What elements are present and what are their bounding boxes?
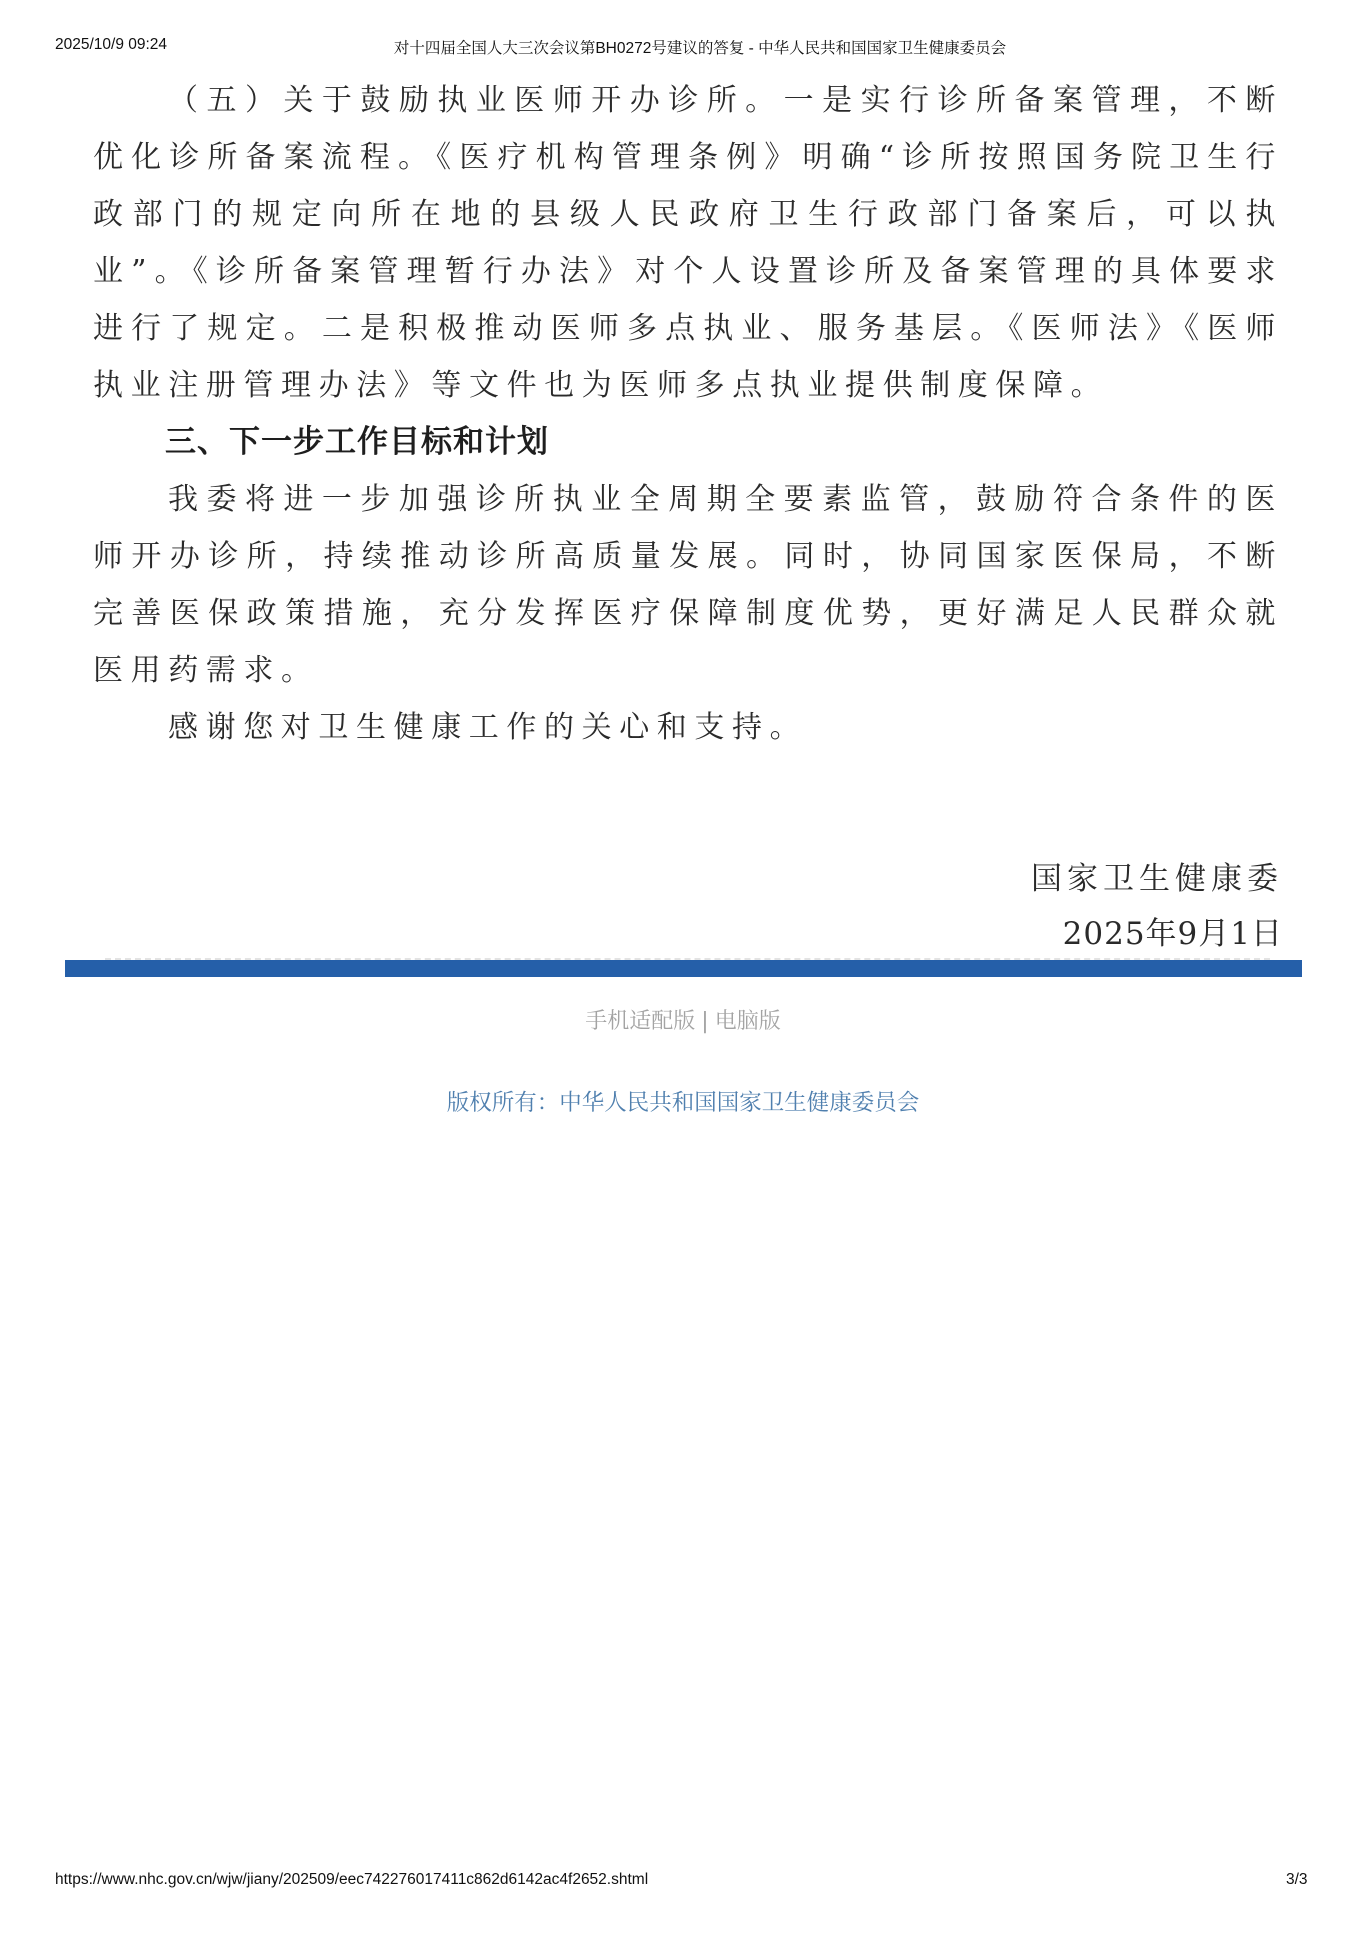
- print-url: https://www.nhc.gov.cn/wjw/jiany/202509/…: [55, 1871, 648, 1889]
- paragraph-closing: 感谢您对卫生健康工作的关心和支持。: [93, 699, 1283, 756]
- desktop-version-link[interactable]: 电脑版: [715, 1009, 781, 1034]
- print-header: 2025/10/9 09:24 对十四届全国人大三次会议第BH0272号建议的答…: [0, 36, 1366, 58]
- footer-divider-bar: [65, 960, 1302, 977]
- page-indicator: 3/3: [1286, 1871, 1308, 1889]
- signature-block: 国家卫生健康委 2025年9月1日: [1031, 852, 1283, 962]
- print-page-title: 对十四届全国人大三次会议第BH0272号建议的答复 - 中华人民共和国国家卫生健…: [0, 36, 1366, 58]
- paragraph-clinic-encouragement: （五）关于鼓励执业医师开办诊所。一是实行诊所备案管理，不断优化诊所备案流程。《医…: [93, 72, 1283, 414]
- version-separator: |: [701, 1009, 708, 1034]
- version-switcher: 手机适配版|电脑版: [0, 1004, 1366, 1035]
- paragraph-next-steps: 我委将进一步加强诊所执业全周期全要素监管，鼓励符合条件的医师开办诊所，持续推动诊…: [93, 471, 1283, 699]
- section-heading-next-steps: 三、下一步工作目标和计划: [93, 414, 1283, 471]
- signature-date: 2025年9月1日: [1031, 907, 1283, 962]
- mobile-version-link[interactable]: 手机适配版: [585, 1009, 695, 1034]
- copyright-notice: 版权所有：中华人民共和国国家卫生健康委员会: [0, 1085, 1366, 1117]
- signature-organization: 国家卫生健康委: [1031, 852, 1283, 907]
- article-body: （五）关于鼓励执业医师开办诊所。一是实行诊所备案管理，不断优化诊所备案流程。《医…: [93, 72, 1283, 756]
